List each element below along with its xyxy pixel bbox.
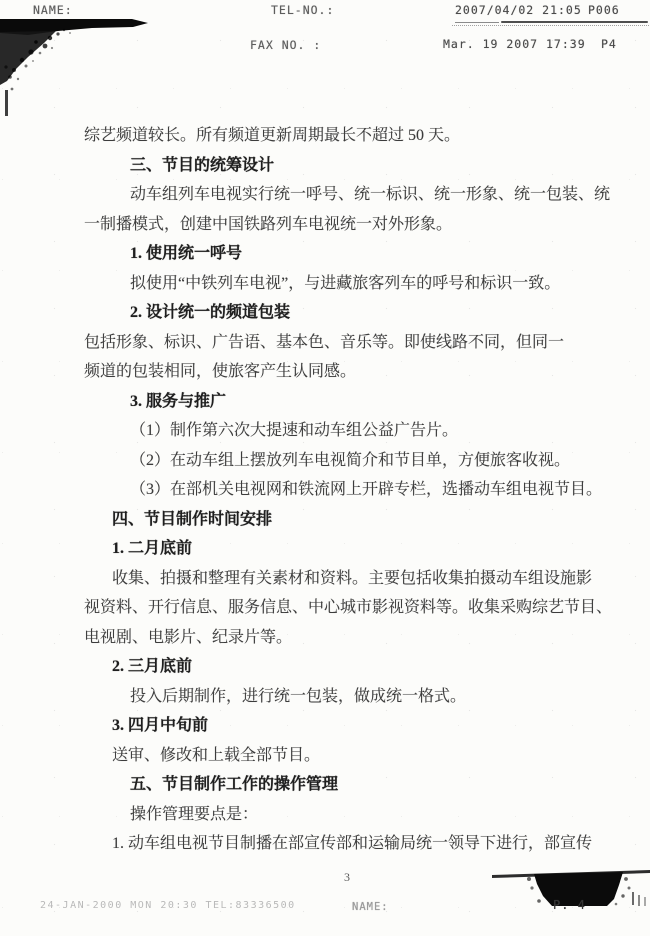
doc-line: 送审、修改和上载全部节目。: [84, 741, 624, 771]
doc-heading: 2. 设计统一的频道包装: [84, 298, 624, 328]
doc-line: （3）在部机关电视网和铁流网上开辟专栏，选播动车组电视节目。: [84, 475, 624, 505]
header-datetime-stamp: 2007/04/02 21:05: [455, 3, 582, 17]
doc-heading: 2. 三月底前: [84, 652, 624, 682]
doc-heading: 四、节目制作时间安排: [84, 505, 624, 535]
doc-heading: 1. 使用统一呼号: [84, 239, 624, 269]
doc-heading: 3. 四月中旬前: [84, 711, 624, 741]
doc-line: 操作管理要点是：: [84, 800, 624, 830]
doc-line: 频道的包装相同，使旅客产生认同感。: [84, 357, 624, 387]
doc-heading: 五、节目制作工作的操作管理: [84, 770, 624, 800]
footer-fax-trailer: 24-JAN-2000 MON 20:30 TEL:83336500: [40, 900, 296, 911]
doc-heading: 1. 二月底前: [84, 534, 624, 564]
header-receive-page: P4: [601, 37, 617, 51]
header-underline-solid: [501, 21, 648, 23]
footer-page-label: P. 4: [553, 898, 586, 912]
document-text-block: 综艺频道较长。所有频道更新周期最长不超过 50 天。 三、节目的统筹设计 动车组…: [84, 121, 624, 859]
doc-line: 一制播模式，创建中国铁路列车电视统一对外形象。: [84, 210, 624, 240]
header-underline-dotted: [452, 25, 649, 26]
doc-line: 视资料、开行信息、服务信息、中心城市影视资料等。收集采购综艺节目、: [84, 593, 624, 623]
page-number: 3: [344, 870, 350, 885]
fax-page: NAME: TEL-NO.: 2007/04/02 21:05 P006 FAX…: [0, 0, 650, 936]
doc-line: 包括形象、标识、广告语、基本色、音乐等。即使线路不同，但同一: [84, 328, 624, 358]
doc-line: 电视剧、电影片、纪录片等。: [84, 623, 624, 653]
doc-line: （1）制作第六次大提速和动车组公益广告片。: [84, 416, 624, 446]
header-faxno-label: FAX NO. :: [250, 38, 321, 52]
ink-smudge-top-left: [0, 17, 155, 119]
doc-line: 投入后期制作，进行统一包装，做成统一格式。: [84, 682, 624, 712]
header-tel-label: TEL-NO.:: [271, 3, 334, 17]
doc-line: 综艺频道较长。所有频道更新周期最长不超过 50 天。: [84, 121, 624, 151]
doc-line: 收集、拍摄和整理有关素材和资料。主要包括收集拍摄动车组设施影: [84, 564, 624, 594]
doc-line: 1. 动车组电视节目制播在部宣传部和运输局统一领导下进行，部宣传: [84, 829, 624, 859]
header-name-label: NAME:: [33, 3, 73, 17]
doc-line: （2）在动车组上摆放列车电视简介和节目单，方便旅客收视。: [84, 446, 624, 476]
footer-name-label: NAME:: [352, 901, 389, 913]
doc-line: 动车组列车电视实行统一呼号、统一标识、统一形象、统一包装、统: [84, 180, 624, 210]
doc-heading: 3. 服务与推广: [84, 387, 624, 417]
header-receive-stamp: Mar. 19 2007 17:39: [443, 37, 586, 51]
doc-line: 拟使用“中铁列车电视”，与进藏旅客列车的呼号和标识一致。: [84, 269, 624, 299]
header-underline-thin: [455, 22, 499, 23]
header-page-counter: P006: [588, 3, 620, 17]
doc-heading: 三、节目的统筹设计: [84, 151, 624, 181]
